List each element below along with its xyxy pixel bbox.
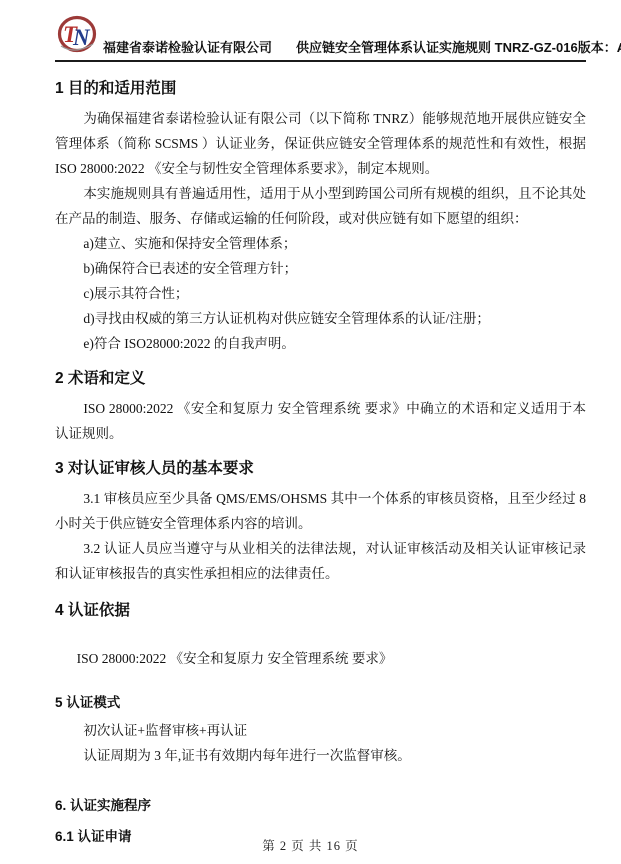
section-3-paragraph-2: 3.2 认证人员应当遵守与从业相关的法律法规，对认证审核活动及相关认证审核记录和… xyxy=(55,536,586,586)
section-2-paragraph-1: ISO 28000:2022 《安全和复原力 安全管理系统 要求》中确立的术语和… xyxy=(55,396,586,446)
section-5-line-1: 初次认证+监督审核+再认证 xyxy=(55,718,586,743)
list-item-d: d)寻找由权威的第三方认证机构对供应链安全管理体系的认证/注册； xyxy=(55,306,586,331)
section-1-paragraph-2: 本实施规则具有普遍适用性，适用于从小型到跨国公司所有规模的组织，且不论其处在产品… xyxy=(55,181,586,231)
list-item-c: c)展示其符合性； xyxy=(55,281,586,306)
document-body: 1 目的和适用范围 为确保福建省泰诺检验认证有限公司（以下简称 TNRZ）能够规… xyxy=(55,78,586,846)
list-item-b: b)确保符合已表述的安全管理方针； xyxy=(55,256,586,281)
company-logo: T N xyxy=(55,14,101,58)
section-1-heading: 1 目的和适用范围 xyxy=(55,78,586,100)
logo-letter-n: N xyxy=(72,25,91,50)
section-5-heading: 5 认证模式 xyxy=(55,693,586,712)
section-6-heading: 6. 认证实施程序 xyxy=(55,796,586,815)
section-3-heading: 3 对认证审核人员的基本要求 xyxy=(55,458,586,480)
section-4-heading: 4 认证依据 xyxy=(55,600,586,622)
document-title: 供应链安全管理体系认证实施规则 TNRZ-GZ-016 xyxy=(296,37,578,58)
page-footer: 第 2 页 共 16 页 xyxy=(0,836,621,854)
page-number: 第 2 页 共 16 页 xyxy=(262,839,358,853)
section-1-paragraph-1: 为确保福建省泰诺检验认证有限公司（以下简称 TNRZ）能够规范地开展供应链安全管… xyxy=(55,106,586,181)
version-label: 版本：A/2 xyxy=(578,37,621,58)
page-header: T N 福建省泰诺检验认证有限公司 供应链安全管理体系认证实施规则 TNRZ-G… xyxy=(55,0,586,62)
section-5-line-2: 认证周期为 3 年,证书有效期内每年进行一次监督审核。 xyxy=(55,743,586,768)
section-2-heading: 2 术语和定义 xyxy=(55,368,586,390)
company-name: 福建省泰诺检验认证有限公司 xyxy=(103,37,272,58)
section-3-paragraph-1: 3.1 审核员应至少具备 QMS/EMS/OHSMS 其中一个体系的审核员资格，… xyxy=(55,486,586,536)
list-item-a: a)建立、实施和保持安全管理体系； xyxy=(55,231,586,256)
tn-logo-icon: T N xyxy=(55,14,101,58)
list-item-e: e)符合 ISO28000:2022 的自我声明。 xyxy=(55,331,586,356)
section-4-paragraph-1: ISO 28000:2022 《安全和复原力 安全管理系统 要求》 xyxy=(55,646,586,671)
document-page: T N 福建省泰诺检验认证有限公司 供应链安全管理体系认证实施规则 TNRZ-G… xyxy=(0,0,621,864)
